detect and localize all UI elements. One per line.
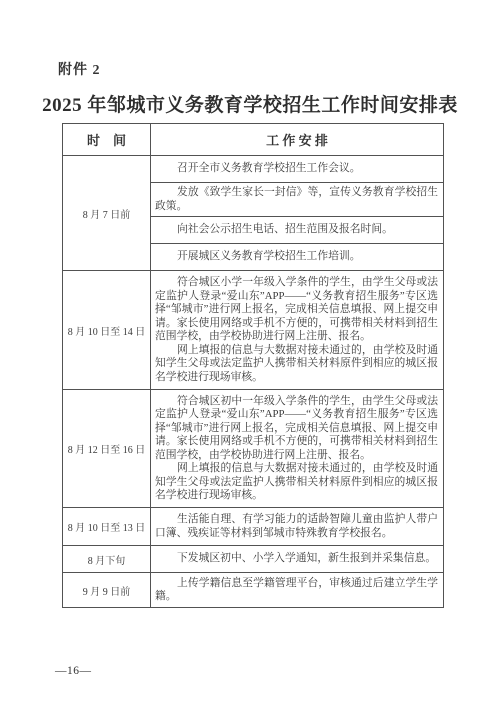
task-text: 网上填报的信息与大数据对接未通过的，由学校及时通知学生父母或法定监护人携带相关材… — [155, 344, 438, 385]
time-cell: 8 月 10 日至 14 日 — [63, 271, 151, 390]
task-cell: 生活能自理、有学习能力的适龄智障儿童由监护人带户口簿、残疾证等材料到邹城市特殊教… — [151, 508, 444, 546]
task-text: 符合城区初中一年级入学条件的学生，由学生父母或法定监护人登录“爱山东”APP——… — [155, 395, 438, 463]
document-page: 附件 2 2025 年邹城市义务教育学校招生工作时间安排表 时 间 工 作 安 … — [0, 0, 500, 707]
task-text: 开展城区义务教育学校招生工作培训。 — [155, 250, 438, 264]
table-header-row: 时 间 工 作 安 排 — [63, 124, 444, 156]
task-text: 上传学籍信息至学籍管理平台，审核通过后建立学生学籍。 — [155, 577, 438, 604]
time-cell: 8 月 12 日至 16 日 — [63, 390, 151, 508]
table-row: 8 月 7 日前 召开全市义务教育学校招生工作会议。 — [63, 156, 444, 183]
page-number: —16— — [55, 665, 92, 677]
table-row: 8 月 12 日至 16 日 符合城区初中一年级入学条件的学生，由学生父母或法定… — [63, 390, 444, 508]
task-cell: 发放《致学生家长一封信》等，宣传义务教育学校招生政策。 — [151, 183, 444, 217]
task-text: 召开全市义务教育学校招生工作会议。 — [155, 162, 438, 176]
task-text: 向社会公示招生电话、招生范围及报名时间。 — [155, 223, 438, 237]
column-header-time: 时 间 — [63, 124, 151, 156]
task-text: 生活能自理、有学习能力的适龄智障儿童由监护人带户口簿、残疾证等材料到邹城市特殊教… — [155, 513, 438, 540]
table-row: 9 月 9 日前 上传学籍信息至学籍管理平台，审核通过后建立学生学籍。 — [63, 573, 444, 608]
task-cell: 上传学籍信息至学籍管理平台，审核通过后建立学生学籍。 — [151, 573, 444, 608]
table-row: 8 月下旬 下发城区初中、小学入学通知，新生报到并采集信息。 — [63, 546, 444, 573]
page-title: 2025 年邹城市义务教育学校招生工作时间安排表 — [0, 90, 500, 117]
attachment-label: 附件 2 — [58, 59, 101, 79]
task-cell: 符合城区初中一年级入学条件的学生，由学生父母或法定监护人登录“爱山东”APP——… — [151, 390, 444, 508]
task-cell: 开展城区义务教育学校招生工作培训。 — [151, 244, 444, 271]
task-text: 下发城区初中、小学入学通知，新生报到并采集信息。 — [155, 552, 438, 566]
task-cell: 向社会公示招生电话、招生范围及报名时间。 — [151, 217, 444, 244]
task-cell: 下发城区初中、小学入学通知，新生报到并采集信息。 — [151, 546, 444, 573]
table-row: 8 月 10 日至 13 日 生活能自理、有学习能力的适龄智障儿童由监护人带户口… — [63, 508, 444, 546]
task-text: 发放《致学生家长一封信》等，宣传义务教育学校招生政策。 — [155, 186, 438, 213]
table-row: 8 月 10 日至 14 日 符合城区小学一年级入学条件的学生，由学生父母或法定… — [63, 271, 444, 390]
time-cell: 9 月 9 日前 — [63, 573, 151, 608]
time-cell: 8 月 7 日前 — [63, 156, 151, 271]
task-cell: 召开全市义务教育学校招生工作会议。 — [151, 156, 444, 183]
column-header-work: 工 作 安 排 — [151, 124, 444, 156]
task-text: 网上填报的信息与大数据对接未通过的，由学校及时通知学生父母或法定监护人携带相关材… — [155, 462, 438, 503]
time-cell: 8 月下旬 — [63, 546, 151, 573]
task-text: 符合城区小学一年级入学条件的学生，由学生父母或法定监护人登录“爱山东”APP——… — [155, 276, 438, 344]
time-cell: 8 月 10 日至 13 日 — [63, 508, 151, 546]
task-cell: 符合城区小学一年级入学条件的学生，由学生父母或法定监护人登录“爱山东”APP——… — [151, 271, 444, 390]
schedule-table: 时 间 工 作 安 排 8 月 7 日前 召开全市义务教育学校招生工作会议。 发… — [62, 123, 444, 608]
